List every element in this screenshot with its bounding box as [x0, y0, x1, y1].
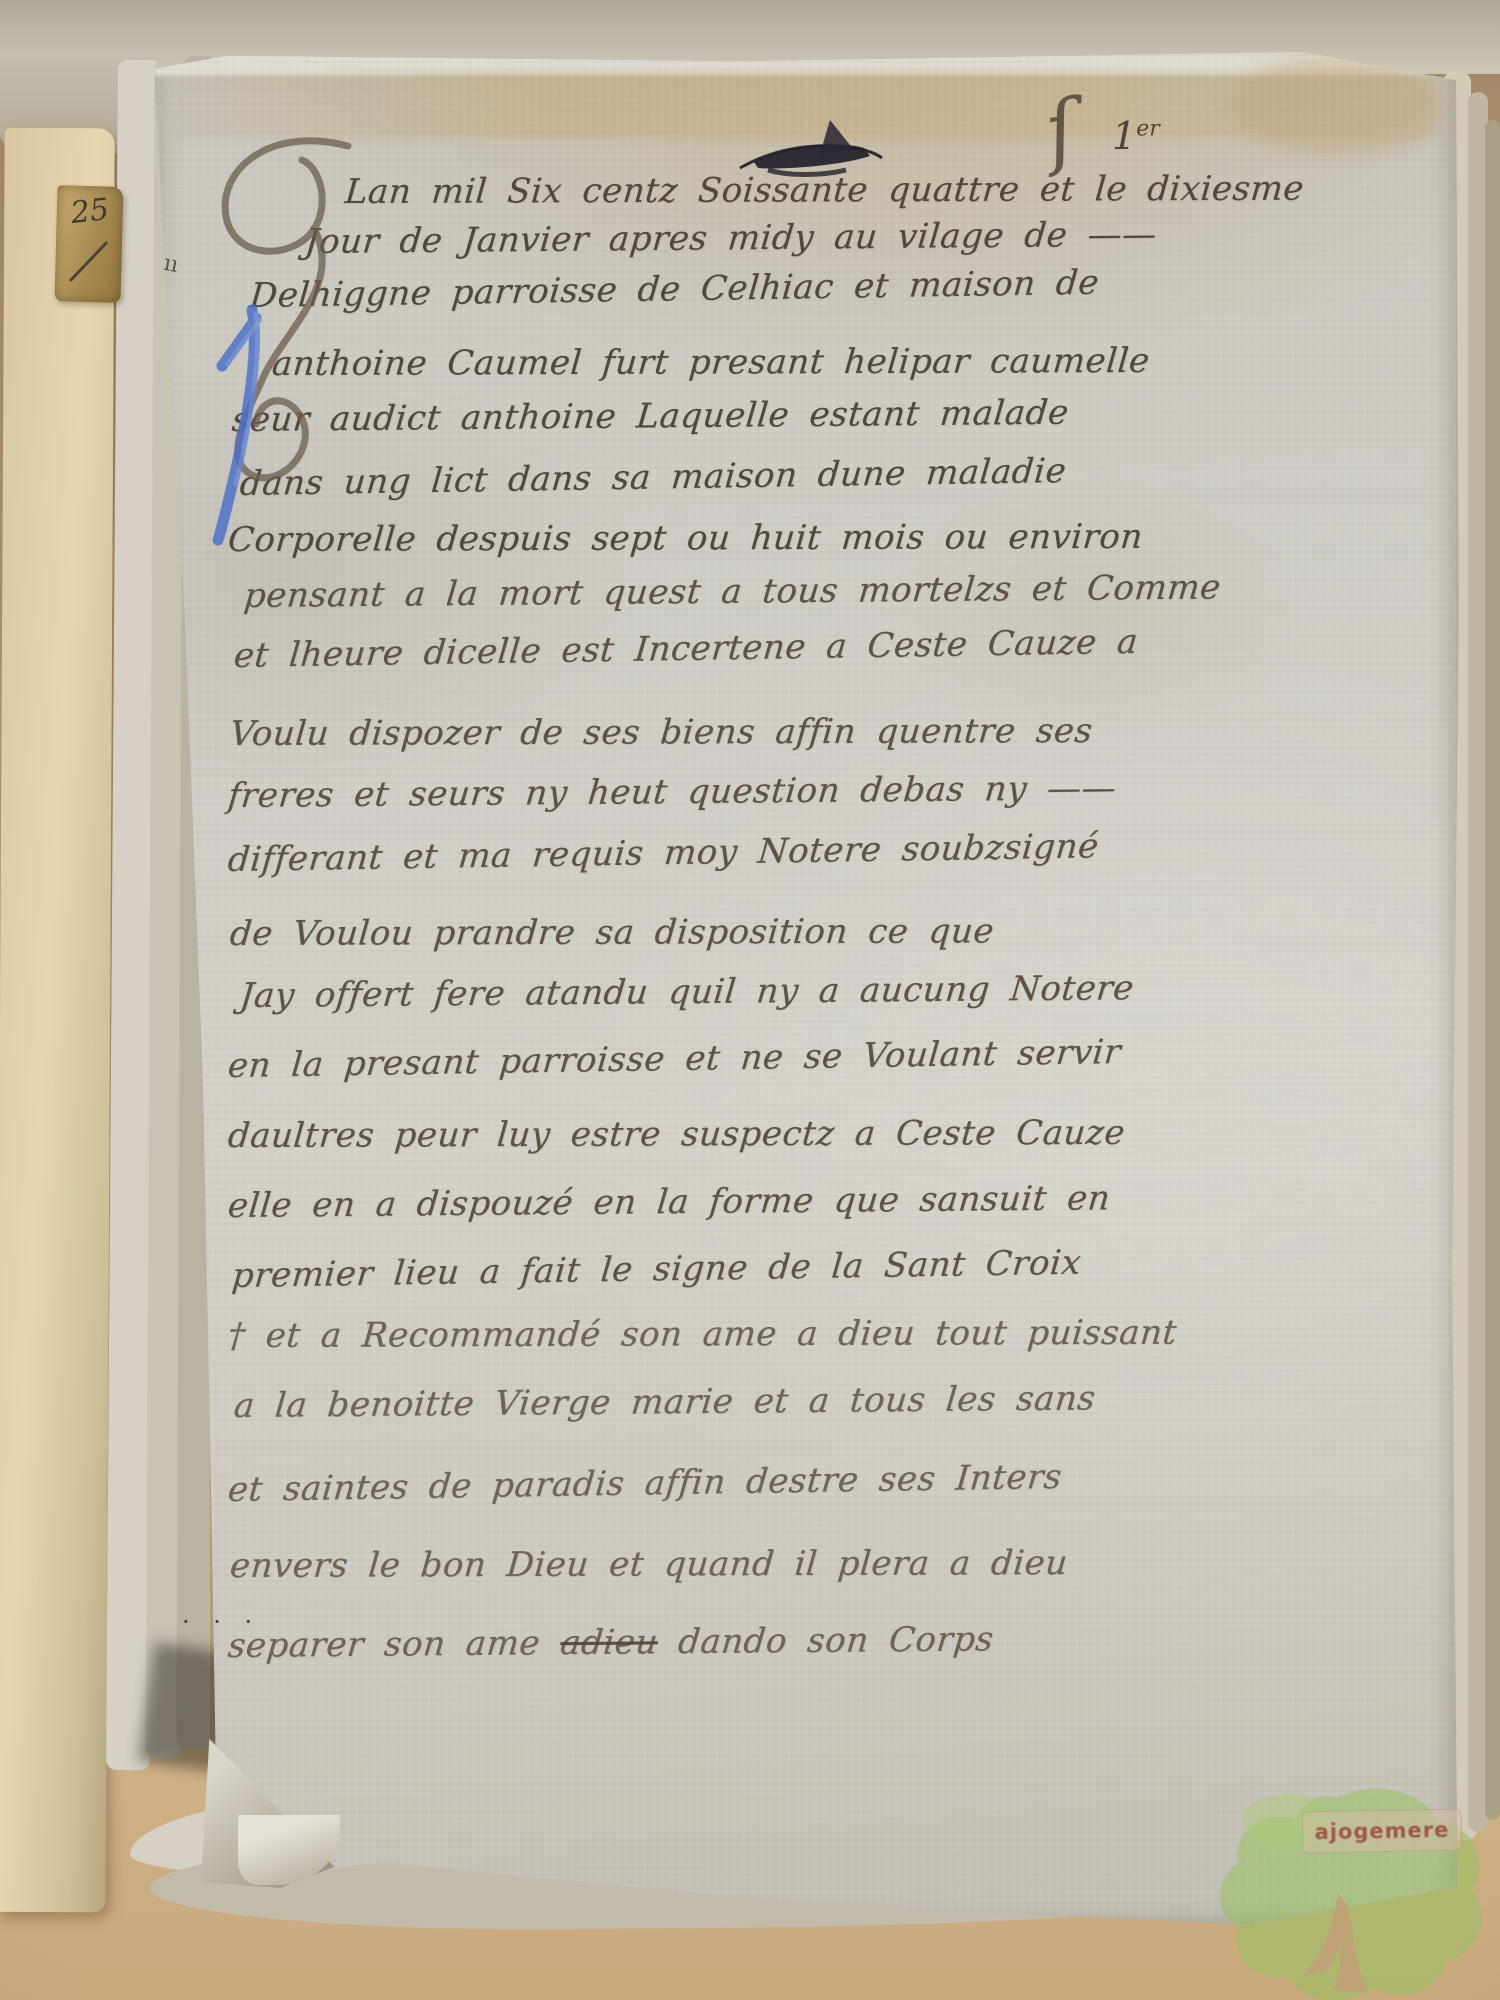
watermark-text-pill: ajogemere: [1302, 1809, 1463, 1854]
handwritten-line: elle en a dispouzé en la forme que sansu…: [226, 1178, 1112, 1226]
handwritten-line: Jour de Janvier apres midy au vilage de …: [303, 215, 1159, 262]
handwritten-line: pensant a la mort quest a tous mortelzs …: [242, 567, 1223, 616]
handwritten-line: a la benoitte Vierge marie et a tous les…: [232, 1378, 1097, 1426]
watermark-logo: ajogemere: [1186, 1778, 1500, 2000]
handwritten-line: Voulu dispozer de ses biens affin quentr…: [228, 711, 1094, 754]
folio-number-superscript: er: [1136, 116, 1160, 141]
handwritten-line: et saintes de paradis affin destre ses I…: [226, 1457, 1063, 1510]
handwritten-line: differant et ma requis moy Notere soubzs…: [226, 826, 1100, 880]
struck-out-word: adieu: [558, 1622, 659, 1663]
blue-crayon-foliation: [190, 286, 320, 558]
handwritten-line: en la presant parroisse et ne se Voulant…: [226, 1032, 1122, 1086]
handwritten-line: daultres peur luy estre suspectz a Ceste…: [226, 1113, 1126, 1156]
handwritten-line: Jay offert fere atandu quil ny a aucung …: [238, 968, 1136, 1016]
margin-ink-dots: · · ·: [182, 1608, 260, 1636]
handwritten-line: et lheure dicelle est Incertene a Ceste …: [232, 622, 1139, 676]
last-line-start: separer son ame: [226, 1623, 562, 1666]
handwritten-line: envers le bon Dieu et quand il plera a d…: [228, 1543, 1069, 1586]
folio-number-base: 1: [1112, 114, 1136, 158]
handwritten-line: freres et seurs ny heut question debas n…: [226, 768, 1118, 816]
handwritten-line: premier lieu a fait le signe de la Sant …: [230, 1243, 1083, 1296]
margin-pen-tick: ıı: [162, 251, 180, 278]
handwritten-line: de Voulou prandre sa disposition ce que: [228, 911, 995, 954]
ink-scribble-deletion: [738, 116, 884, 190]
handwritten-line-with-deletion: separer son ame adieu dando son Corps: [226, 1619, 995, 1666]
watermark-text: ajogemere: [1314, 1818, 1449, 1844]
folio-paraph-flourish: ſ: [1038, 82, 1083, 179]
handwritten-line: Corporelle despuis sept ou huit mois ou …: [226, 517, 1144, 560]
handwriting-layer: ſ 1er Lan mil Six centz Soissante quattr…: [0, 0, 1500, 2000]
manuscript-photo: 25 ſ 1er Lan m: [0, 0, 1500, 2000]
handwritten-line: † et a Recommandé son ame a dieu tout pu…: [226, 1313, 1178, 1356]
last-line-end: dando son Corps: [656, 1619, 996, 1662]
folio-number: 1er: [1112, 114, 1160, 158]
